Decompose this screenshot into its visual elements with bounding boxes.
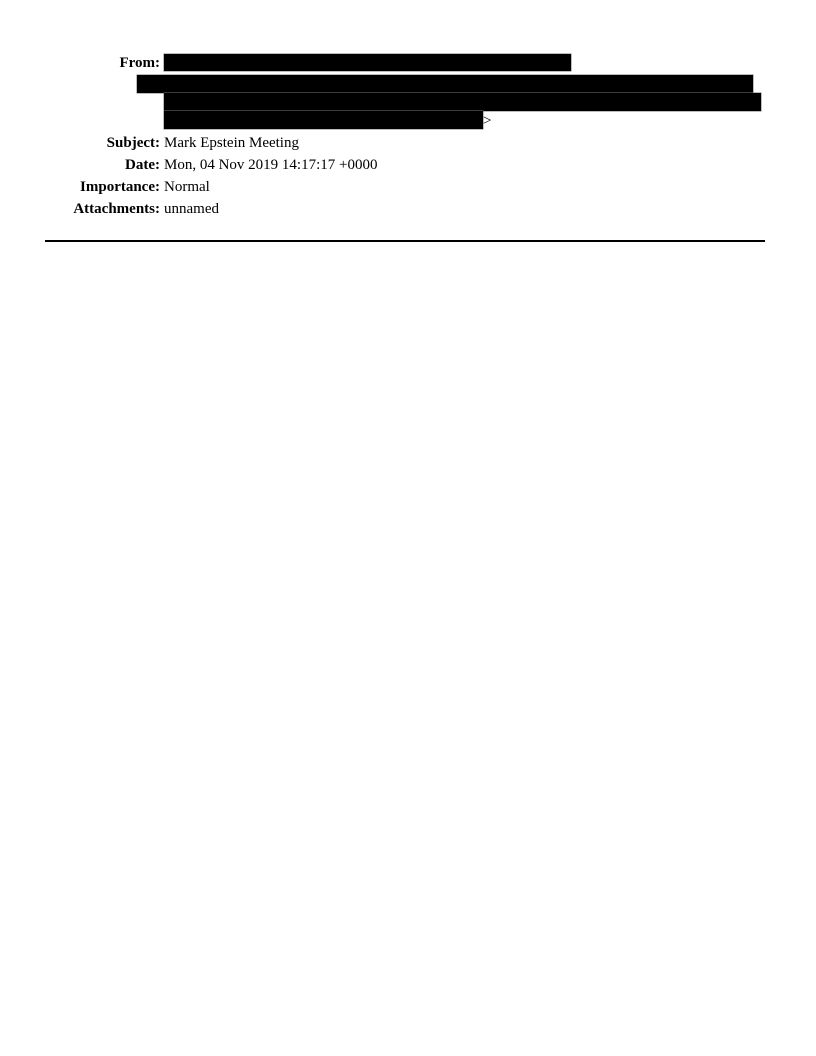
redaction-block [164, 93, 761, 111]
attachments-label: Attachments: [73, 200, 160, 218]
date-value: Mon, 04 Nov 2019 14:17:17 +0000 [164, 156, 377, 174]
date-label: Date: [125, 156, 160, 174]
redaction-block [164, 111, 483, 129]
subject-value: Mark Epstein Meeting [164, 134, 299, 152]
importance-value: Normal [164, 178, 210, 196]
attachments-value: unnamed [164, 200, 219, 218]
header-divider [45, 240, 765, 242]
from-trailing-bracket: > [483, 112, 491, 130]
importance-label: Importance: [80, 178, 160, 196]
redaction-block [137, 75, 753, 93]
redaction-block [164, 54, 571, 71]
subject-label: Subject: [107, 134, 160, 152]
from-label: From: [119, 54, 160, 72]
